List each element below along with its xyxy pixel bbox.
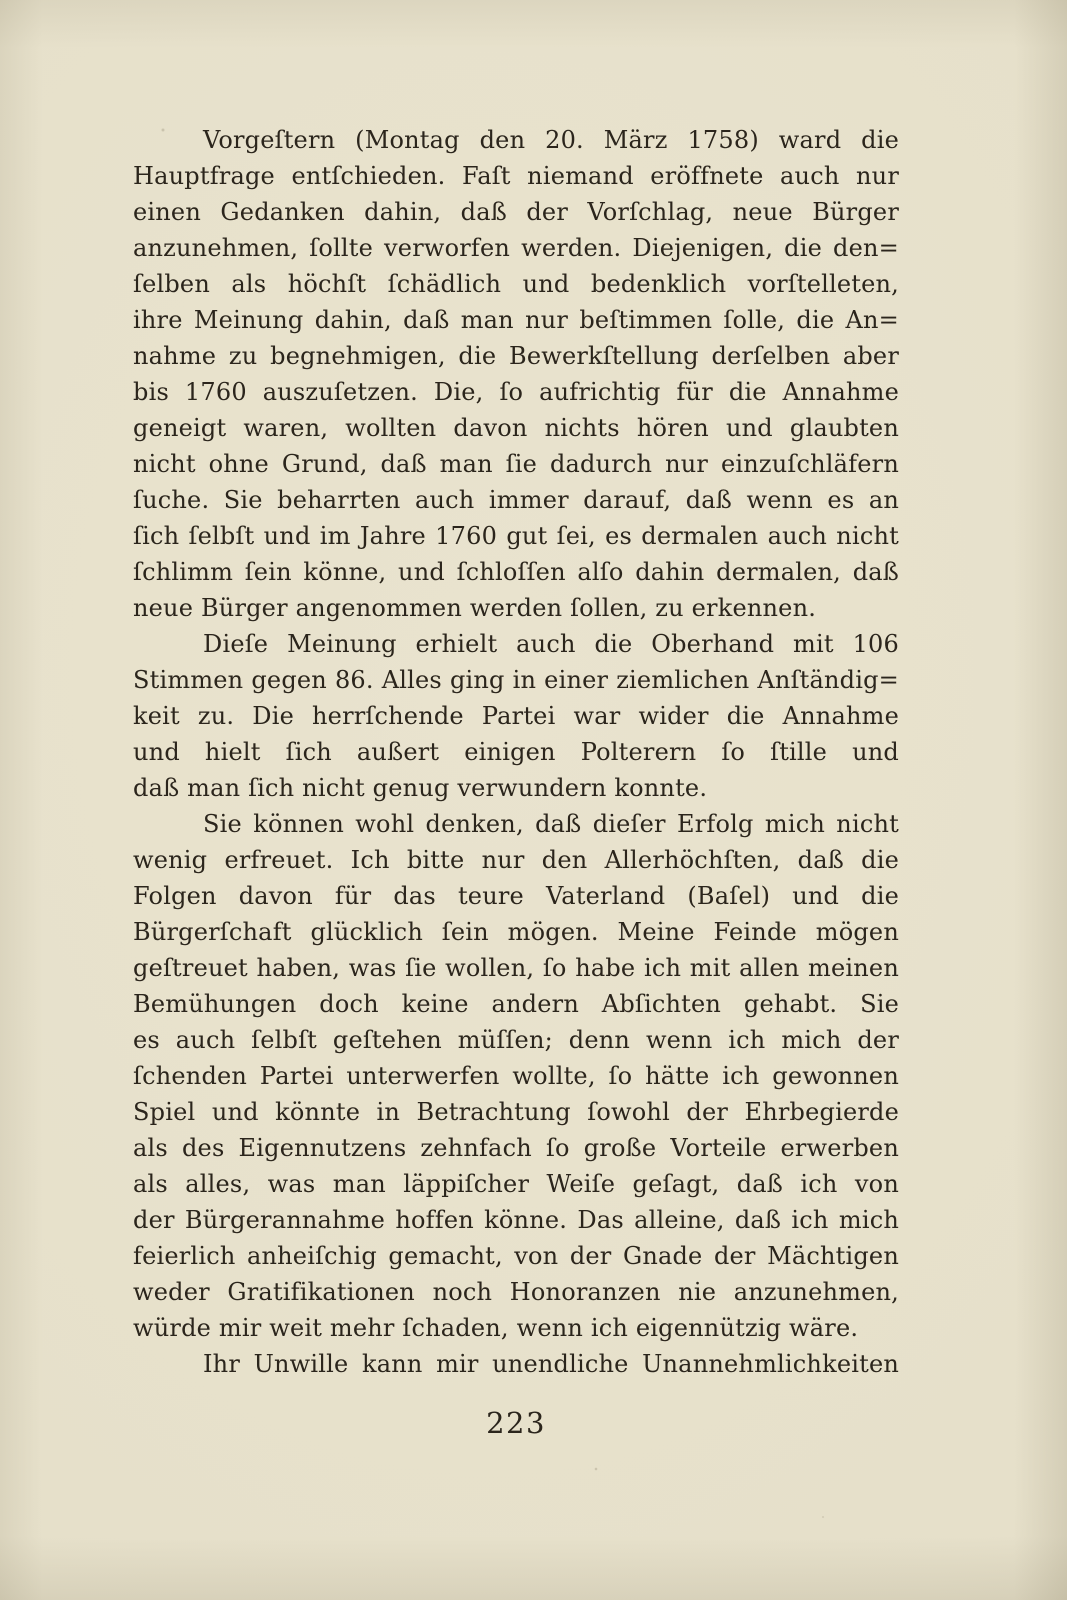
text-line: keit zu. Die herrſchende Partei war wide… [133,698,899,734]
text-line: daß man ſich nicht genug verwundern konn… [133,770,899,806]
text-line: einen Gedanken dahin, daß der Vorſchlag,… [133,194,899,230]
text-line: Sie können wohl denken, daß dieſer Erfol… [133,806,899,842]
paragraph: Dieſe Meinung erhielt auch die Oberhand … [133,626,899,806]
text-line: es auch ſelbſt geſtehen müſſen; denn wen… [133,1022,899,1058]
text-line: wenig erfreuet. Ich bitte nur den Allerh… [133,842,899,878]
text-line: nahme zu begnehmigen, die Bewerkſtellung… [133,338,899,374]
text-line: Folgen davon für das teure Vaterland (Ba… [133,878,899,914]
text-line: als des Eigennutzens zehnfach ſo große V… [133,1130,899,1166]
text-line: der Bürgerannahme hoffen könne. Das alle… [133,1202,899,1238]
text-line: bis 1760 auszuſetzen. Die, ſo aufrichtig… [133,374,899,410]
text-line: als alles, was man läppiſcher Weiſe geſa… [133,1166,899,1202]
text-line: ſchlimm ſein könne, und ſchloſſen alſo d… [133,554,899,590]
book-page-scan: Vorgeſtern (Montag den 20. März 1758) wa… [0,0,1067,1600]
text-line: ſuche. Sie beharrten auch immer darauf, … [133,482,899,518]
page-text-block: Vorgeſtern (Montag den 20. März 1758) wa… [133,122,899,1382]
page-number: 223 [133,1405,899,1441]
text-line: geſtreuet haben, was ſie wollen, ſo habe… [133,950,899,986]
text-line: weder Gratifikationen noch Honoranzen ni… [133,1274,899,1310]
text-line: ſich ſelbſt und im Jahre 1760 gut ſei, e… [133,518,899,554]
text-line: Stimmen gegen 86. Alles ging in einer zi… [133,662,899,698]
text-line: und hielt ſich außert einigen Polterern … [133,734,899,770]
text-line: anzunehmen, ſollte verworfen werden. Die… [133,230,899,266]
text-line: nicht ohne Grund, daß man ſie dadurch nu… [133,446,899,482]
text-line: Vorgeſtern (Montag den 20. März 1758) wa… [133,122,899,158]
paragraph: Sie können wohl denken, daß dieſer Erfol… [133,806,899,1346]
text-line: Hauptfrage entſchieden. Faſt niemand erö… [133,158,899,194]
text-line: Bürgerſchaft glücklich ſein mögen. Meine… [133,914,899,950]
text-line: feierlich anheiſchig gemacht, von der Gn… [133,1238,899,1274]
text-line: Spiel und könnte in Betrachtung ſowohl d… [133,1094,899,1130]
paragraph: Vorgeſtern (Montag den 20. März 1758) wa… [133,122,899,626]
paragraph: Ihr Unwille kann mir unendliche Unannehm… [133,1346,899,1382]
text-line: würde mir weit mehr ſchaden, wenn ich ei… [133,1310,899,1346]
text-line: ſchenden Partei unterwerfen wollte, ſo h… [133,1058,899,1094]
text-line: Dieſe Meinung erhielt auch die Oberhand … [133,626,899,662]
text-line: ihre Meinung dahin, daß man nur beſtimme… [133,302,899,338]
text-line: neue Bürger angenommen werden ſollen, zu… [133,590,899,626]
text-line: Ihr Unwille kann mir unendliche Unannehm… [133,1346,899,1382]
text-line: Bemühungen doch keine andern Abſichten g… [133,986,899,1022]
text-line: ſelben als höchſt ſchädlich und bedenkli… [133,266,899,302]
text-line: geneigt waren, wollten davon nichts höre… [133,410,899,446]
